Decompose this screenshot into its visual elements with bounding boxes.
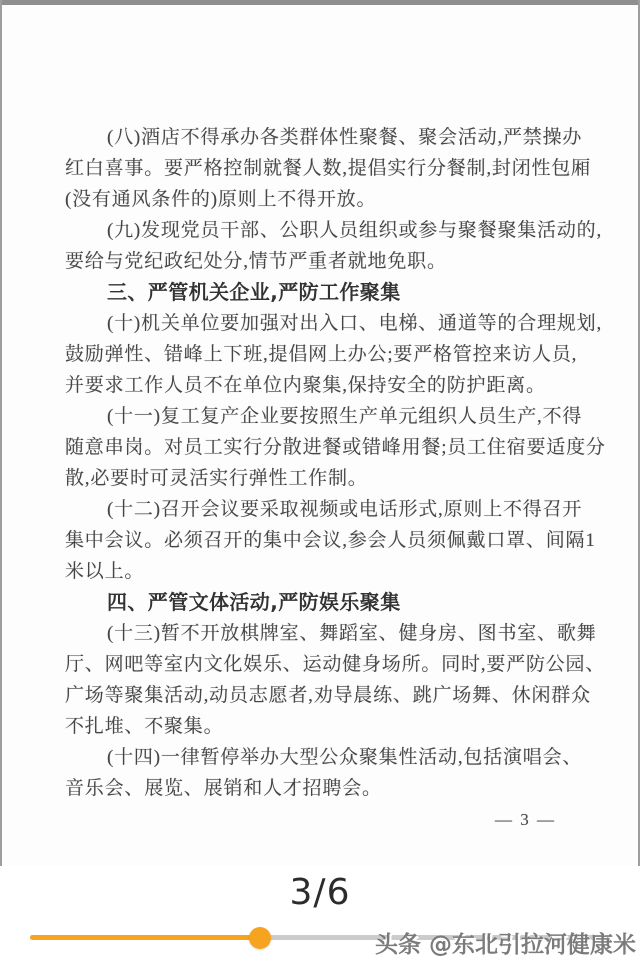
doc-heading-line: 三、严管机关企业,严防工作聚集	[65, 277, 576, 308]
doc-line: (八)酒店不得承办各类群体性聚餐、聚会活动,严禁操办	[65, 122, 576, 153]
doc-line: 音乐会、展览、展销和人才招聘会。	[65, 773, 576, 804]
doc-line: (十三)暂不开放棋牌室、舞蹈室、健身房、图书室、歌舞	[65, 618, 576, 649]
doc-line: 米以上。	[65, 556, 576, 587]
doc-line: 并要求工作人员不在单位内聚集,保持安全的防护距离。	[65, 370, 576, 401]
doc-line: (十四)一律暂停举办大型公众聚集性活动,包括演唱会、	[65, 742, 576, 773]
doc-line: 厅、网吧等室内文化娱乐、运动健身场所。同时,要严防公园、	[65, 649, 576, 680]
doc-heading-line: 四、严管文体活动,严防娱乐聚集	[65, 587, 576, 618]
doc-line: 鼓励弹性、错峰上下班,提倡网上办公;要严格管控来访人员,	[65, 339, 576, 370]
viewer-screen: (八)酒店不得承办各类群体性聚餐、聚会活动,严禁操办红白喜事。要严格控制就餐人数…	[0, 0, 640, 962]
doc-page-number: — 3 —	[65, 804, 576, 835]
doc-line: (十二)召开会议要采取视频或电话形式,原则上不得召开	[65, 494, 576, 525]
doc-line: (九)发现党员干部、公职人员组织或参与聚餐聚集活动的,	[65, 215, 576, 246]
doc-line: 要给与党纪政纪处分,情节严重者就地免职。	[65, 246, 576, 277]
doc-line: 集中会议。必须召开的集中会议,参会人员须佩戴口罩、间隔1	[65, 525, 576, 556]
doc-line: 不扎堆、不聚集。	[65, 711, 576, 742]
doc-line: 红白喜事。要严格控制就餐人数,提倡实行分餐制,封闭性包厢	[65, 153, 576, 184]
doc-line: 随意串岗。对员工实行分散进餐或错峰用餐;员工住宿要适度分	[65, 432, 576, 463]
watermark: 头条 @东北引拉河健康米	[375, 926, 636, 959]
scrubber-thumb[interactable]	[249, 927, 271, 949]
doc-line: 广场等聚集活动,动员志愿者,劝导晨练、跳广场舞、休闲群众	[65, 680, 576, 711]
document-page[interactable]: (八)酒店不得承办各类群体性聚餐、聚会活动,严禁操办红白喜事。要严格控制就餐人数…	[2, 5, 638, 866]
doc-line: (十)机关单位要加强对出入口、电梯、通道等的合理规划,	[65, 308, 576, 339]
doc-line: (没有通风条件的)原则上不得开放。	[65, 184, 576, 215]
scrubber-fill	[30, 935, 260, 940]
page-indicator: 3/6	[0, 872, 640, 913]
document-text: (八)酒店不得承办各类群体性聚餐、聚会活动,严禁操办红白喜事。要严格控制就餐人数…	[65, 122, 576, 835]
doc-line: 散,必要时可灵活实行弹性工作制。	[65, 463, 576, 494]
doc-line: (十一)复工复产企业要按照生产单元组织人员生产,不得	[65, 401, 576, 432]
